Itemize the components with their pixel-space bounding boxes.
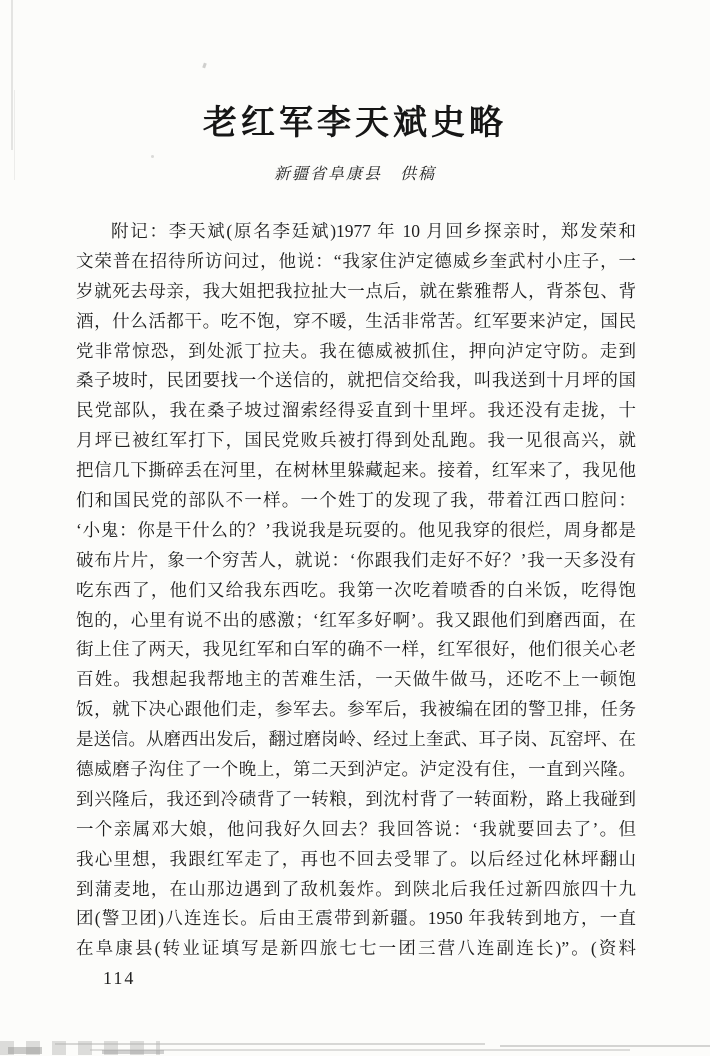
scan-bottom-chip <box>8 1047 42 1054</box>
body-line: 们和国民党的部队不一样。一个姓丁的发现了我，带着江西口腔问： <box>76 486 636 516</box>
body-line: 德威磨子沟住了一个晚上，第二天到泸定。泸定没有住，一直到兴隆。 <box>76 755 636 785</box>
page-number: 114 <box>103 968 135 989</box>
body-line: 饭，就下决心跟他们走，参军去。参军后，我被编在团的警卫排，任务 <box>76 695 636 725</box>
body-line: 吃东西了，他们又给我东西吃。我第一次吃着喷香的白米饭，吃得饱 <box>76 576 636 606</box>
scan-bottom-streak <box>90 1049 630 1051</box>
scan-speck-artifact <box>151 155 154 158</box>
scan-bottom-streak <box>55 1043 485 1045</box>
body-line: 我心里想，我跟红军走了，再也不回去受罪了。以后经过化林坪翻山 <box>76 845 636 875</box>
scan-edge-artifact <box>11 0 13 150</box>
body-line: 岁就死去母亲，我大姐把我拉扯大一点后，就在紫雅帮人，背茶包、背 <box>76 277 636 307</box>
body-line: 是送信。从磨西出发后，翻过磨岗岭、经过上奎武、耳子岗、瓦窑坪、在 <box>76 725 636 755</box>
byline: 新疆省阜康县 供稿 <box>0 161 710 184</box>
body-line: 一个亲属邓大娘，他问我好久回去？我回答说：‘我就要回去了’。但 <box>76 815 636 845</box>
body-line: 桑子坡时，民团要找一个送信的，就把信交给我，叫我送到十月坪的国 <box>76 366 636 396</box>
document-page: 老红军李天斌史略 新疆省阜康县 供稿 附记：李天斌(原名李廷斌)1977 年 1… <box>0 0 710 1056</box>
body-line: 街上住了两天，我见红军和白军的确不一样，红军很好，他们很关心老 <box>76 635 636 665</box>
body-line: ‘小鬼：你是干什么的？’我说我是玩耍的。他见我穿的很烂，周身都是 <box>76 516 636 546</box>
scan-bottom-edge <box>0 1038 710 1056</box>
body-line: 饱的，心里有说不出的感激；‘红军多好啊’。我又跟他们到磨西面，在 <box>76 606 636 636</box>
body-line: 党非常惊恐，到处派丁拉夫。我在德威被抓住，押向泸定守防。走到 <box>76 337 636 367</box>
scan-speck-artifact <box>202 63 207 69</box>
body-line: 百姓。我想起我帮地主的苦难生活，一天做牛做马，还吃不上一顿饱 <box>76 665 636 695</box>
body-line: 在阜康县(转业证填写是新四旅七七一团三营八连副连长)”。(资料 <box>76 934 636 964</box>
scan-bottom-streak <box>500 1045 710 1047</box>
body-line: 酒，什么活都干。吃不饱，穿不暖，生活非常苦。红军要来泸定，国民 <box>76 307 636 337</box>
body-text: 附记：李天斌(原名李廷斌)1977 年 10 月回乡探亲时，郑发荣和 文荣普在招… <box>76 217 636 964</box>
body-line: 月坪已被红军打下，国民党败兵被打得到处乱跑。我一见很高兴，就 <box>76 426 636 456</box>
body-line: 团(警卫团)八连连长。后由王震带到新疆。1950 年我转到地方，一直 <box>76 904 636 934</box>
body-line: 把信几下撕碎丢在河里，在树林里躲藏起来。接着，红军来了，我见他 <box>76 456 636 486</box>
page-title: 老红军李天斌史略 <box>0 95 710 144</box>
scan-edge-artifact <box>14 90 15 180</box>
body-line: 到蒲麦地，在山那边遇到了敌机轰炸。到陕北后我任过新四旅四十九 <box>76 875 636 905</box>
scan-bottom-chip <box>102 1050 164 1054</box>
body-line: 附记：李天斌(原名李廷斌)1977 年 10 月回乡探亲时，郑发荣和 <box>76 217 636 247</box>
body-line: 民党部队，我在桑子坡过溜索经得妥直到十里坪。我还没有走拢，十 <box>76 396 636 426</box>
body-line: 破布片片，象一个穷苦人，就说：‘你跟我们走好不好？’我一天多没有 <box>76 546 636 576</box>
body-line: 文荣普在招待所访问过，他说：“我家住泸定德威乡奎武村小庄子，一 <box>76 247 636 277</box>
body-line: 到兴隆后，我还到冷碛背了一转粮，到沈村背了一转面粉，路上我碰到 <box>76 785 636 815</box>
